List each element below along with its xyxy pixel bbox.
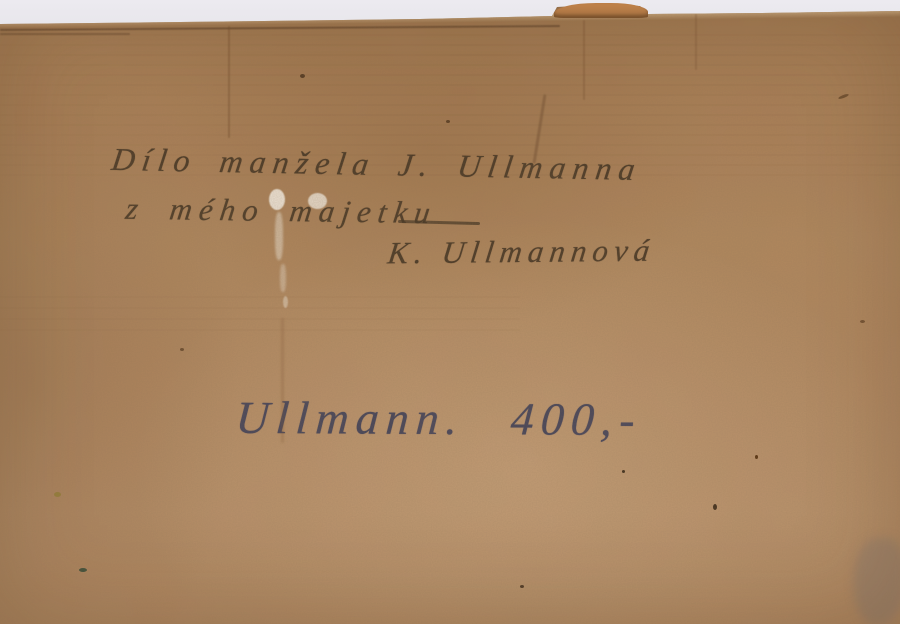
signature-k-ullmannova: K. Ullmannová — [386, 233, 658, 272]
paint-drip-stain — [283, 296, 288, 308]
photo-of-painting-back: Dílo manžela J. Ullmanna z mého majetku … — [0, 0, 900, 624]
crease-line — [228, 26, 230, 138]
crease-line — [695, 14, 697, 70]
cardboard-back: Dílo manžela J. Ullmanna z mého majetku … — [0, 0, 900, 624]
speck — [713, 504, 717, 510]
paint-drip-stain — [269, 189, 285, 210]
water-stain-trail — [281, 318, 284, 443]
speck — [446, 120, 450, 123]
speck — [622, 470, 625, 473]
smudge-stain — [854, 538, 900, 624]
speck — [520, 585, 524, 588]
speck — [300, 74, 305, 78]
speck — [755, 455, 758, 459]
price-inscription: Ullmann. 400,- — [234, 391, 644, 446]
paint-drip-stain — [275, 212, 283, 260]
speck — [180, 348, 184, 351]
speck — [54, 492, 61, 497]
paint-drip-stain — [308, 193, 327, 209]
crease-line — [583, 20, 585, 100]
speck — [79, 568, 87, 572]
torn-edge-chip — [554, 3, 648, 18]
board-striations-lower — [0, 296, 520, 340]
speck — [860, 320, 865, 323]
paint-drip-stain — [280, 264, 286, 292]
